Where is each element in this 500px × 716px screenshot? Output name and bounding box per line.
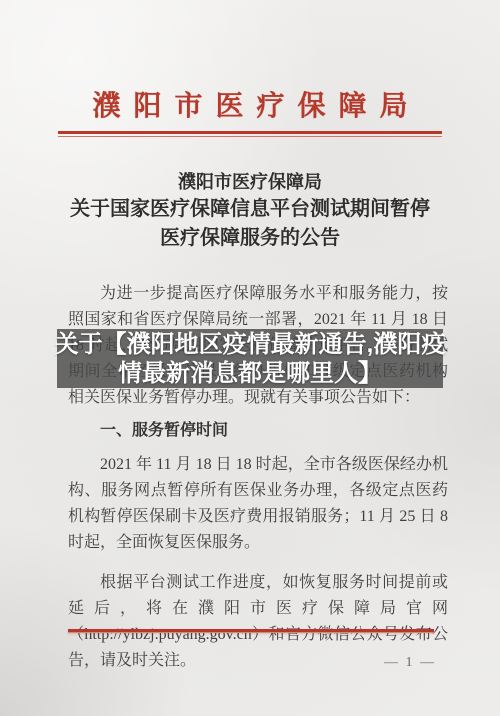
page-number: — 1 — <box>384 655 436 671</box>
section-heading-service-suspension-time: 一、服务暂停时间 <box>68 418 448 444</box>
caption-overlay-banner: 关于【濮阳地区疫情最新通告,濮阳疫 情最新消息都是哪里人】 <box>57 329 443 388</box>
caption-line-1: 关于【濮阳地区疫情最新通告,濮阳疫 <box>55 330 446 359</box>
caption-line-2: 情最新消息都是哪里人】 <box>118 359 382 388</box>
document-title: 濮阳市医疗保障局 关于国家医疗保障信息平台测试期间暂停 医疗保障服务的公告 <box>0 170 500 252</box>
letterhead-agency-title: 濮阳市医疗保障局 <box>0 84 500 124</box>
document-title-line3: 医疗保障服务的公告 <box>0 224 500 252</box>
document-title-line1: 濮阳市医疗保障局 <box>0 170 500 195</box>
notice-paragraph-2: 2021 年 11 月 18 日 18 时起，全市各级医保经办机构、服务网点暂停… <box>68 452 448 556</box>
letterhead-divider-rule <box>58 131 442 137</box>
footer-divider-rule <box>68 629 434 633</box>
document-title-line2: 关于国家医疗保障信息平台测试期间暂停 <box>0 195 500 224</box>
scanned-notice-page: 濮阳市医疗保障局 濮阳市医疗保障局 关于国家医疗保障信息平台测试期间暂停 医疗保… <box>0 0 500 716</box>
